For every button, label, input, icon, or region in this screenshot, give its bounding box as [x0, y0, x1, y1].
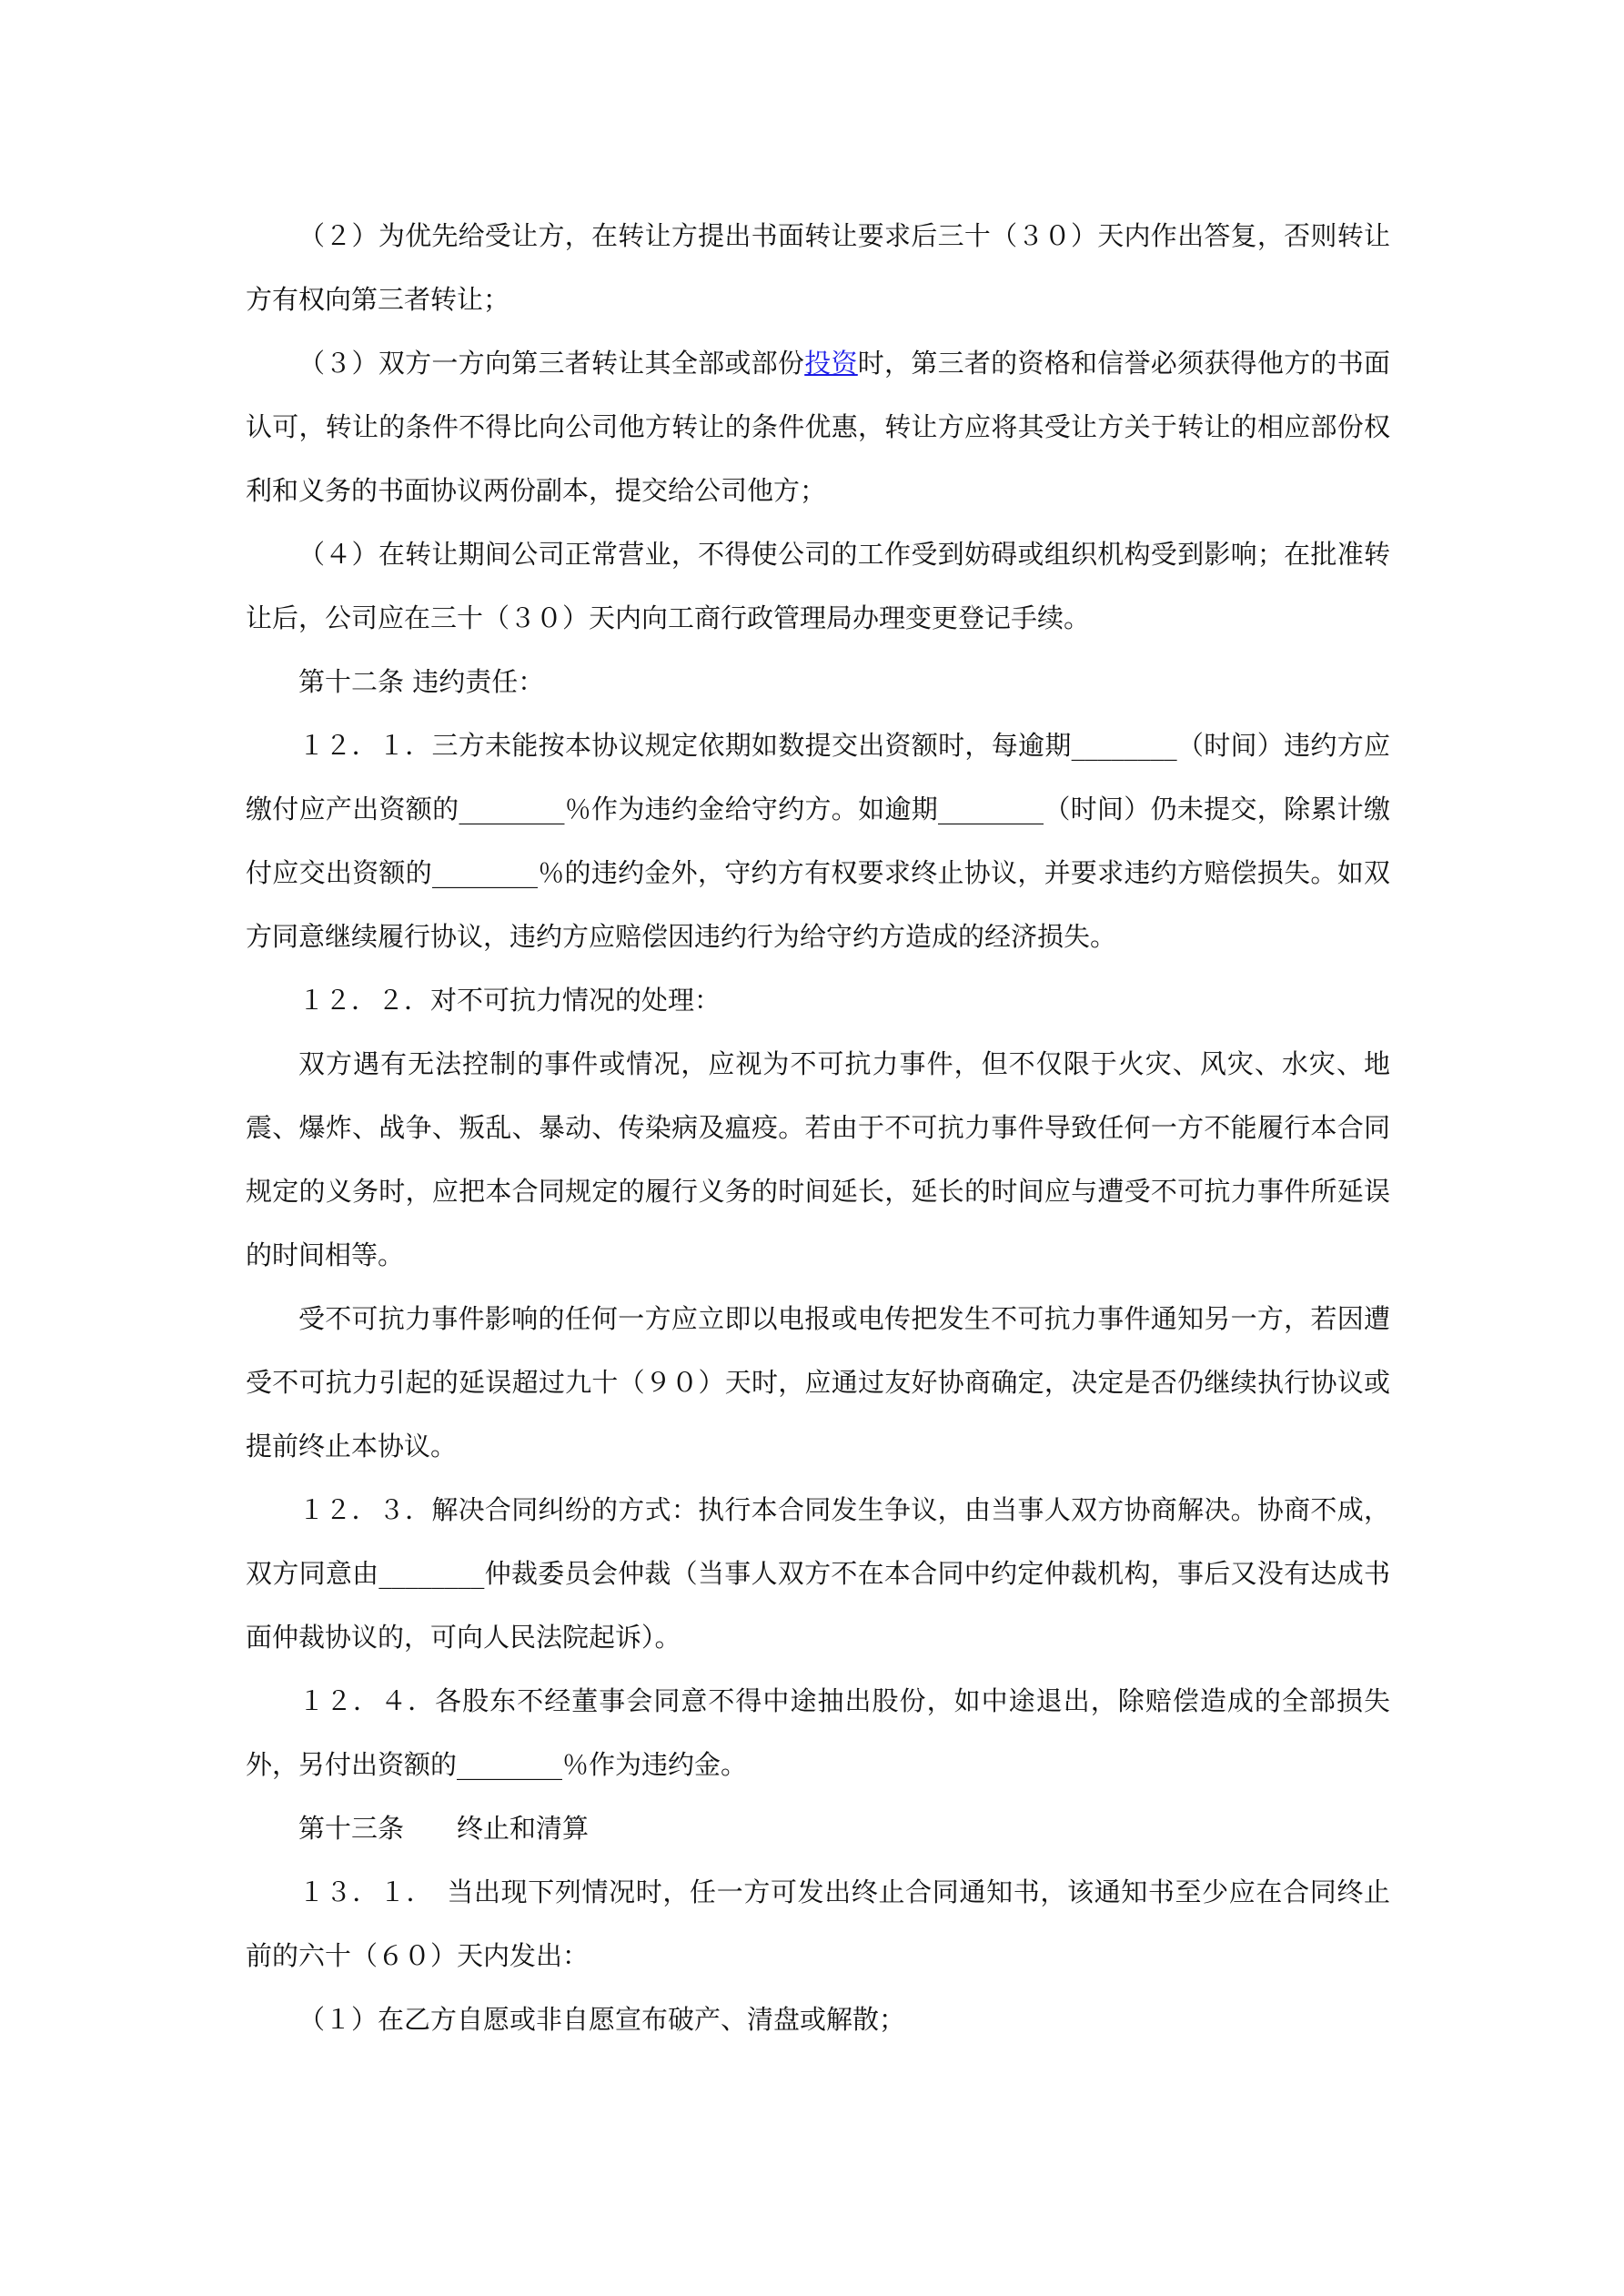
- clause-12-3: １２．３．解决合同纠纷的方式：执行本合同发生争议，由当事人双方协商解决。协商不成…: [246, 1478, 1390, 1669]
- paragraph-transfer-item-3: （３）双方一方向第三者转让其全部或部份投资时，第三者的资格和信誉必须获得他方的书…: [246, 331, 1390, 522]
- paragraph-transfer-item-4: （４）在转让期间公司正常营业，不得使公司的工作受到妨碍或组织机构受到影响；在批准…: [246, 522, 1390, 650]
- article-12-heading: 第十二条 违约责任：: [246, 650, 1390, 713]
- force-majeure-definition: 双方遇有无法控制的事件或情况，应视为不可抗力事件，但不仅限于火灾、风灾、水灾、地…: [246, 1032, 1390, 1287]
- investment-link[interactable]: 投资: [804, 348, 858, 379]
- clause-13-1: １３．１． 当出现下列情况时，任一方可发出终止合同通知书，该通知书至少应在合同终…: [246, 1860, 1390, 1988]
- document-page: （２）为优先给受让方，在转让方提出书面转让要求后三十（３０）天内作出答复，否则转…: [246, 204, 1390, 2051]
- clause-12-4: １２．４．各股东不经董事会同意不得中途抽出股份，如中途退出，除赔偿造成的全部损失…: [246, 1669, 1390, 1796]
- termination-item-1: （１）在乙方自愿或非自愿宣布破产、清盘或解散；: [246, 1988, 1390, 2051]
- force-majeure-notice: 受不可抗力事件影响的任何一方应立即以电报或电传把发生不可抗力事件通知另一方，若因…: [246, 1287, 1390, 1478]
- clause-12-1: １２．１．三方未能按本协议规定依期如数提交出资额时，每逾期________（时间…: [246, 713, 1390, 968]
- article-13-heading: 第十三条 终止和清算: [246, 1796, 1390, 1860]
- clause-12-2-heading: １２．２．对不可抗力情况的处理：: [246, 968, 1390, 1032]
- paragraph-transfer-item-2: （２）为优先给受让方，在转让方提出书面转让要求后三十（３０）天内作出答复，否则转…: [246, 204, 1390, 331]
- paragraph-text-before-link: （３）双方一方向第三者转让其全部或部份: [298, 348, 804, 379]
